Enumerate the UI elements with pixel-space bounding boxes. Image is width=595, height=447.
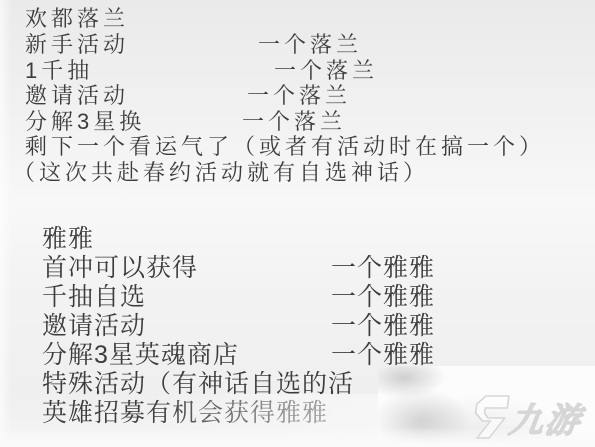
table-row: 邀请活动 一个雅雅 [42, 313, 587, 340]
table-row: 1千抽 一个落兰 [25, 59, 585, 83]
row-label: 分解3星英魂商店 [42, 341, 239, 369]
row-value: 一个雅雅 [331, 255, 435, 282]
row-value: 一个落兰 [247, 84, 351, 108]
row-value: 一个落兰 [258, 33, 362, 57]
table-row: 分解3星英魂商店 一个雅雅 [42, 342, 587, 369]
row-value: 一个雅雅 [331, 313, 435, 340]
9game-watermark: 九游 [464, 388, 595, 446]
row-label: 千抽自选 [42, 283, 146, 311]
row-value: 一个落兰 [242, 110, 346, 134]
row-label: 邀请活动 [42, 312, 146, 340]
9game-watermark-text: 九游 [507, 393, 586, 442]
9game-logo-icon [464, 392, 513, 442]
table-row: 分解3星换 一个落兰 [25, 110, 585, 134]
table-row: 千抽自选 一个雅雅 [42, 284, 587, 311]
row-value: 一个雅雅 [331, 342, 435, 369]
row-label: 1千抽 [25, 58, 93, 83]
section-luolan-note-event: （这次共赴春约活动就有自选神话） [13, 161, 429, 185]
row-label: 新手活动 [25, 32, 129, 57]
section-yaya-title: 雅雅 [42, 226, 94, 253]
notes-image: 欢都落兰 新手活动 一个落兰 1千抽 一个落兰 邀请活动 一个落兰 分解3星换 … [0, 0, 595, 447]
row-label: 首冲可以获得 [42, 254, 198, 282]
row-value: 一个落兰 [274, 59, 378, 83]
row-label: 分解3星换 [25, 109, 145, 134]
section-luolan-note-luck: 剩下一个看运气了（或者有活动时在搞一个） [25, 135, 545, 159]
section-luolan-title: 欢都落兰 [25, 7, 129, 31]
row-value: 一个雅雅 [331, 284, 435, 311]
table-row: 新手活动 一个落兰 [25, 33, 585, 57]
row-label: 邀请活动 [25, 83, 129, 108]
table-row: 邀请活动 一个落兰 [25, 84, 585, 108]
left-edge-highlight [0, 0, 12, 447]
table-row: 首冲可以获得 一个雅雅 [42, 255, 587, 282]
